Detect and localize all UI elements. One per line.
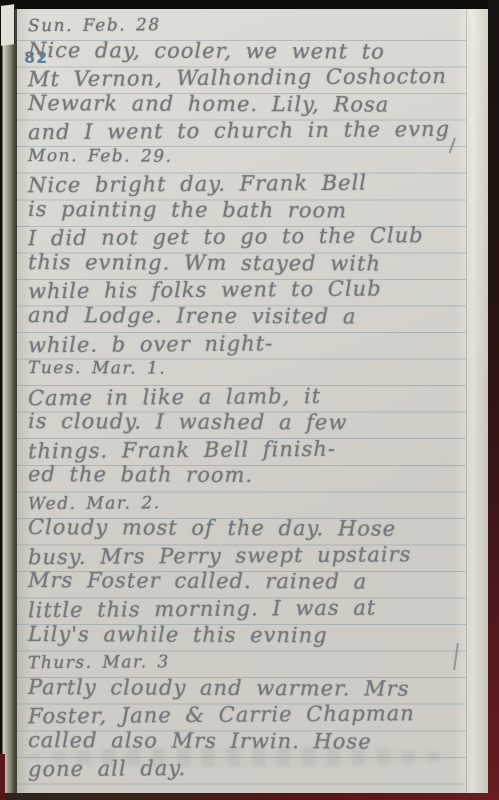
diary-line: Cloudy most of the day. Hose [28,514,474,542]
book-cover-right-edge [488,0,499,800]
underlying-page-corner [1,4,15,46]
diary-line: is painting the bath room [28,196,474,224]
diary-line: Came in like a lamb, it [28,381,474,411]
diary-line: Mrs Foster called. rained a [28,568,474,596]
diary-line: and Lodge. Irene visited a [28,302,474,330]
diary-line: Sun. Feb. 28 [28,10,474,40]
diary-line: Foster, Jane & Carrie Chapman [28,700,474,730]
diary-line: ed the bath room. [28,461,474,489]
diary-line: Mon. Feb. 29. [28,143,474,171]
diary-line: Nice day, cooler, we went to [28,37,474,65]
diary-line: little this morning. I was at [28,594,474,624]
diary-line: things. Frank Bell finish- [28,434,474,464]
diary-page: 82 Sun. Feb. 28 Nice day, cooler, we wen… [17,9,488,793]
book-cover-bottom-edge [0,793,499,800]
diary-line: I did not get to go to the Club [28,222,474,252]
diary-line: Thurs. Mar. 3 [28,647,474,677]
diary-line: this evning. Wm stayed with [28,249,474,277]
diary-line: while. b over night- [28,328,474,358]
photo-frame-top-edge [0,0,499,9]
diary-line: is cloudy. I washed a few [28,408,474,436]
diary-line: called also Mrs Irwin. Hose [28,727,474,755]
diary-line: while his folks went to Club [28,275,474,305]
diary-line: Tues. Mar. 1. [28,355,474,383]
diary-line: Wed. Mar. 2. [28,488,474,518]
diary-line: gone all day. [28,753,474,783]
diary-line: and I went to church in the evng [28,116,474,146]
book-page-edges-left [0,0,17,800]
handwritten-text: Sun. Feb. 28 Nice day, cooler, we went t… [28,11,474,781]
diary-line: busy. Mrs Perry swept upstairs [28,541,474,571]
diary-line: Lily's awhile this evning [28,621,474,649]
diary-line: Nice bright day. Frank Bell [28,169,474,199]
diary-line: Newark and home. Lily, Rosa [28,90,474,118]
diary-line: Mt Vernon, Walhonding Coshocton [28,63,474,93]
diary-line: Partly cloudy and warmer. Mrs [28,674,474,702]
book-cover-sliver [0,754,5,800]
